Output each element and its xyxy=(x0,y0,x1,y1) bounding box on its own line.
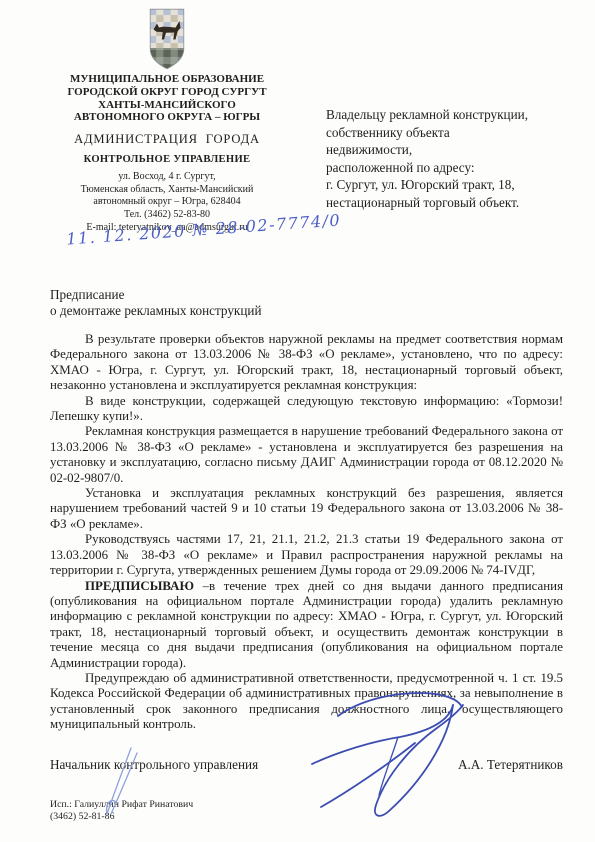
address-line: автономный округ – Югра, 628404 xyxy=(52,196,282,209)
document-title: Предписание о демонтаже рекламных констр… xyxy=(50,287,262,318)
recipient-line: недвижимости, xyxy=(326,141,566,159)
administration-title: АДМИНИСТРАЦИЯ ГОРОДА xyxy=(52,132,282,147)
executor-name: Исп.: Галиуллин Рифат Ринатович xyxy=(50,799,193,811)
document-body: В результате проверки объектов наружной … xyxy=(50,332,563,733)
document-page: МУНИЦИПАЛЬНОЕ ОБРАЗОВАНИЕ ГОРОДСКОЙ ОКРУ… xyxy=(0,0,595,842)
paragraph-warning: Предупреждаю об административной ответст… xyxy=(50,671,563,733)
org-name-line: АВТОНОМНОГО ОКРУГА – ЮГРЫ xyxy=(52,111,282,124)
org-name-line: МУНИЦИПАЛЬНОЕ ОБРАЗОВАНИЕ xyxy=(52,73,282,86)
issuing-authority-block: МУНИЦИПАЛЬНОЕ ОБРАЗОВАНИЕ ГОРОДСКОЙ ОКРУ… xyxy=(52,8,282,234)
recipient-line: собственнику объекта xyxy=(326,124,566,142)
paragraph-construction-description: В виде конструкции, содержащей следующую… xyxy=(50,394,563,425)
signature-row: Начальник контрольного управления А.А. Т… xyxy=(50,757,563,773)
surgut-coat-of-arms-icon xyxy=(149,8,185,70)
paragraph-law-reference: Установка и эксплуатация рекламных конст… xyxy=(50,486,563,532)
paragraph-inspection-result: В результате проверки объектов наружной … xyxy=(50,332,563,394)
org-name-line: ГОРОДСКОЙ ОКРУГ ГОРОД СУРГУТ xyxy=(52,86,282,99)
recipient-line: нестационарный торговый объект. xyxy=(326,194,566,212)
executor-phone: (3462) 52-81-86 xyxy=(50,811,193,823)
org-name-line: ХАНТЫ-МАНСИЙСКОГО xyxy=(52,99,282,112)
recipient-line: расположенной по адресу: xyxy=(326,159,566,177)
recipient-block: Владельцу рекламной конструкции, собстве… xyxy=(326,106,566,212)
signatory-name: А.А. Тетерятников xyxy=(458,757,563,773)
executor-block: Исп.: Галиуллин Рифат Ринатович (3462) 5… xyxy=(50,799,193,823)
order-keyword: ПРЕДПИСЫВАЮ xyxy=(85,579,194,593)
paragraph-legal-basis: Руководствуясь частями 17, 21, 21.1, 21.… xyxy=(50,532,563,578)
paragraph-order: ПРЕДПИСЫВАЮ –в течение трех дней со дня … xyxy=(50,579,563,671)
document-title-line1: Предписание xyxy=(50,287,262,303)
signatory-position: Начальник контрольного управления xyxy=(50,757,258,773)
paragraph-violation: Рекламная конструкция размещается в нару… xyxy=(50,424,563,486)
address-line: ул. Восход, 4 г. Сургут, xyxy=(52,171,282,184)
recipient-line: г. Сургут, ул. Югорский тракт, 18, xyxy=(326,176,566,194)
address-line: Тюменская область, Ханты-Мансийский xyxy=(52,184,282,197)
recipient-line: Владельцу рекламной конструкции, xyxy=(326,106,566,124)
department-title: КОНТРОЛЬНОЕ УПРАВЛЕНИЕ xyxy=(52,154,282,165)
document-title-line2: о демонтаже рекламных конструкций xyxy=(50,303,262,319)
